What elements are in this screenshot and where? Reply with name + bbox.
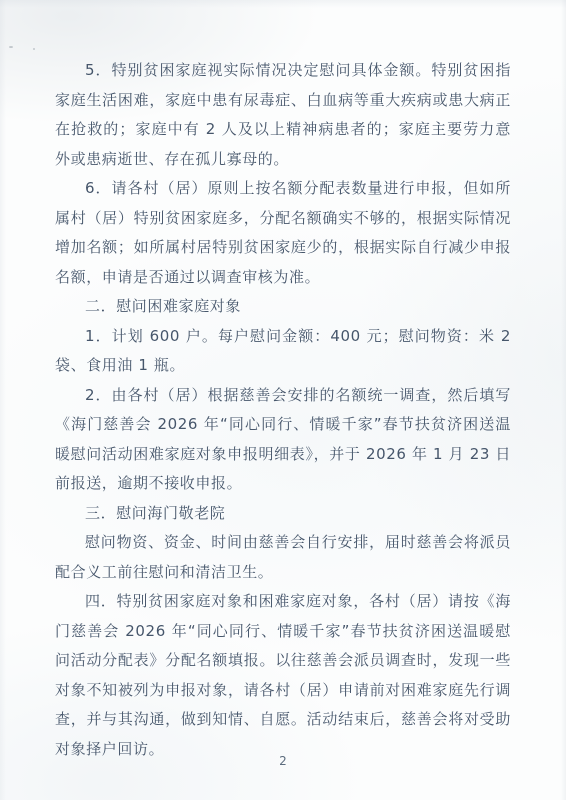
- section-heading-2: 二．慰问困难家庭对象: [55, 292, 511, 322]
- section-heading-3: 三．慰问海门敬老院: [55, 499, 511, 529]
- paragraph-item-2: 2．由各村（居）根据慈善会安排的名额统一调查，然后填写《海门慈善会 2026 年…: [55, 381, 511, 499]
- paragraph-item-6: 6．请各村（居）原则上按名额分配表数量进行申报，但如所属村（居）特别贫困家庭多，…: [55, 174, 511, 292]
- paragraph-item-5: 5．特别贫困家庭视实际情况决定慰问具体金额。特别贫困指家庭生活困难，家庭中患有尿…: [55, 56, 511, 174]
- document-page: { "colors": { "ink": "#46566b", "paper":…: [0, 0, 566, 800]
- document-body-text: 5．特别贫困家庭视实际情况决定慰问具体金额。特别贫困指家庭生活困难，家庭中患有尿…: [55, 56, 511, 764]
- page-number: 2: [0, 754, 566, 768]
- paragraph-nursing-home: 慰问物资、资金、时间由慈善会自行安排，届时慈善会将派员配合义工前往慰问和清洁卫生…: [55, 528, 511, 587]
- section-heading-4: 四．特别贫困家庭对象和困难家庭对象，各村（居）请按《海门慈善会 2026 年“同…: [55, 587, 511, 764]
- scan-speck: [33, 48, 35, 50]
- paragraph-item-1: 1．计划 600 户。每户慰问金额：400 元；慰问物资：米 2 袋、食用油 1…: [55, 322, 511, 381]
- scan-speck: [9, 46, 13, 48]
